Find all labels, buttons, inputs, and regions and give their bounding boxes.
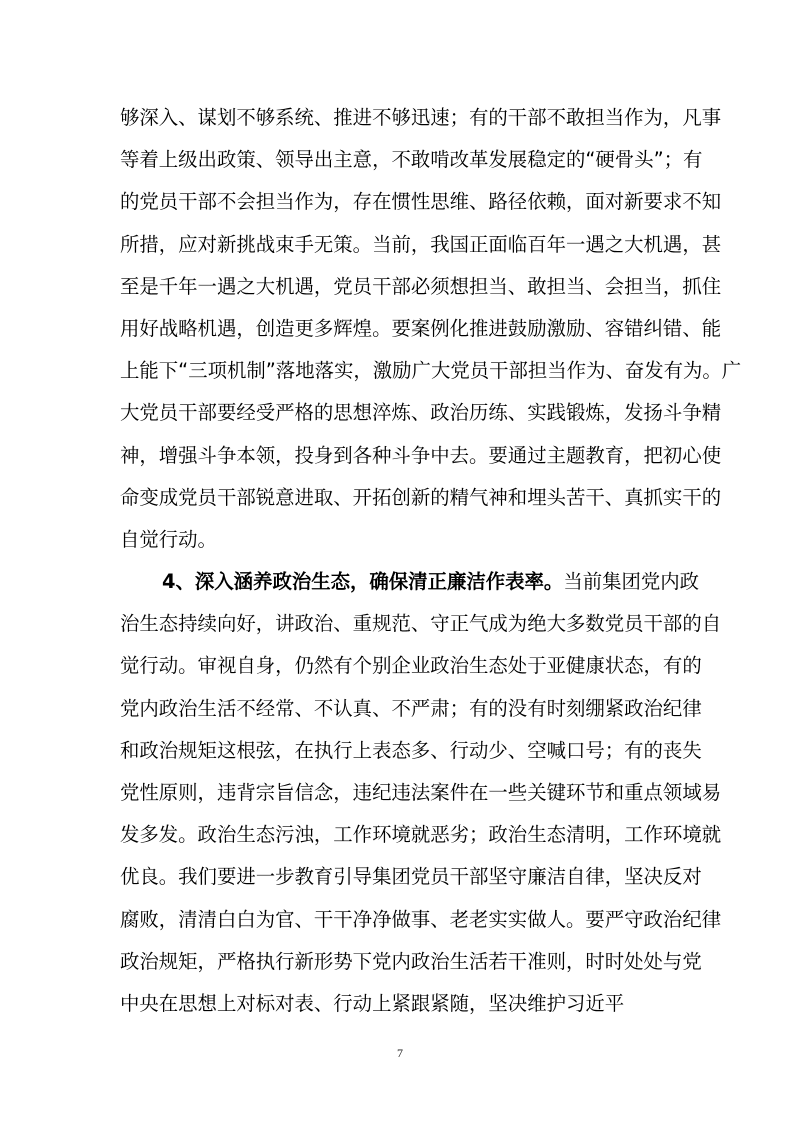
section-heading-line: 4、深入涵养政治生态，确保清正廉洁作表率。当前集团党内政 <box>120 561 682 603</box>
text-line: 和政治规矩这根弦，在执行上表态多、行动少、空喊口号；有的丧失 <box>120 730 682 772</box>
text-line: 用好战略机遇，创造更多辉煌。要案例化推进鼓励激励、容错纠错、能 <box>120 308 682 350</box>
text-line: 发多发。政治生态污浊，工作环境就恶劣；政治生态清明，工作环境就 <box>120 814 682 856</box>
text-line: 等着上级出政策、领导出主意，不敢啃改革发展稳定的“硬骨头”；有 <box>120 139 682 181</box>
section-heading: 4、深入涵养政治生态，确保清正廉洁作表率。 <box>162 570 563 593</box>
text-line: 治生态持续向好，讲政治、重规范、守正气成为绝大多数党员干部的自 <box>120 603 682 645</box>
page-number: 7 <box>0 1046 800 1061</box>
text-line: 够深入、谋划不够系统、推进不够迅速；有的干部不敢担当作为，凡事 <box>120 97 682 139</box>
text-line: 神，增强斗争本领，投身到各种斗争中去。要通过主题教育，把初心使 <box>120 435 682 477</box>
text-line: 党内政治生活不经常、不认真、不严肃；有的没有时刻绷紧政治纪律 <box>120 688 682 730</box>
text-line: 政治规矩，严格执行新形势下党内政治生活若干准则，时时处处与党 <box>120 941 682 983</box>
text-line: 中央在思想上对标对表、行动上紧跟紧随，坚决维护习近平 <box>120 983 682 1025</box>
text-line: 觉行动。审视自身，仍然有个别企业政治生态处于亚健康状态，有的 <box>120 645 682 687</box>
text-line: 大党员干部要经受严格的思想淬炼、政治历练、实践锻炼，发扬斗争精 <box>120 392 682 434</box>
text-line: 上能下“三项机制”落地落实，激励广大党员干部担当作为、奋发有为。广 <box>120 350 682 392</box>
heading-continuation: 当前集团党内政 <box>563 570 699 593</box>
text-line: 优良。我们要进一步教育引导集团党员干部坚守廉洁自律，坚决反对 <box>120 856 682 898</box>
text-line: 的党员干部不会担当作为，存在惯性思维、路径依赖，面对新要求不知 <box>120 181 682 223</box>
text-line: 党性原则，违背宗旨信念，违纪违法案件在一些关键环节和重点领域易 <box>120 772 682 814</box>
text-line: 至是千年一遇之大机遇，党员干部必须想担当、敢担当、会担当，抓住 <box>120 266 682 308</box>
text-line: 腐败，清清白白为官、干干净净做事、老老实实做人。要严守政治纪律 <box>120 899 682 941</box>
text-line: 自觉行动。 <box>120 519 682 561</box>
body-text: 够深入、谋划不够系统、推进不够迅速；有的干部不敢担当作为，凡事 等着上级出政策、… <box>120 97 682 1025</box>
text-line: 命变成党员干部锐意进取、开拓创新的精气神和埋头苦干、真抓实干的 <box>120 477 682 519</box>
document-page: 够深入、谋划不够系统、推进不够迅速；有的干部不敢担当作为，凡事 等着上级出政策、… <box>0 0 800 1131</box>
text-line: 所措，应对新挑战束手无策。当前，我国正面临百年一遇之大机遇，甚 <box>120 224 682 266</box>
